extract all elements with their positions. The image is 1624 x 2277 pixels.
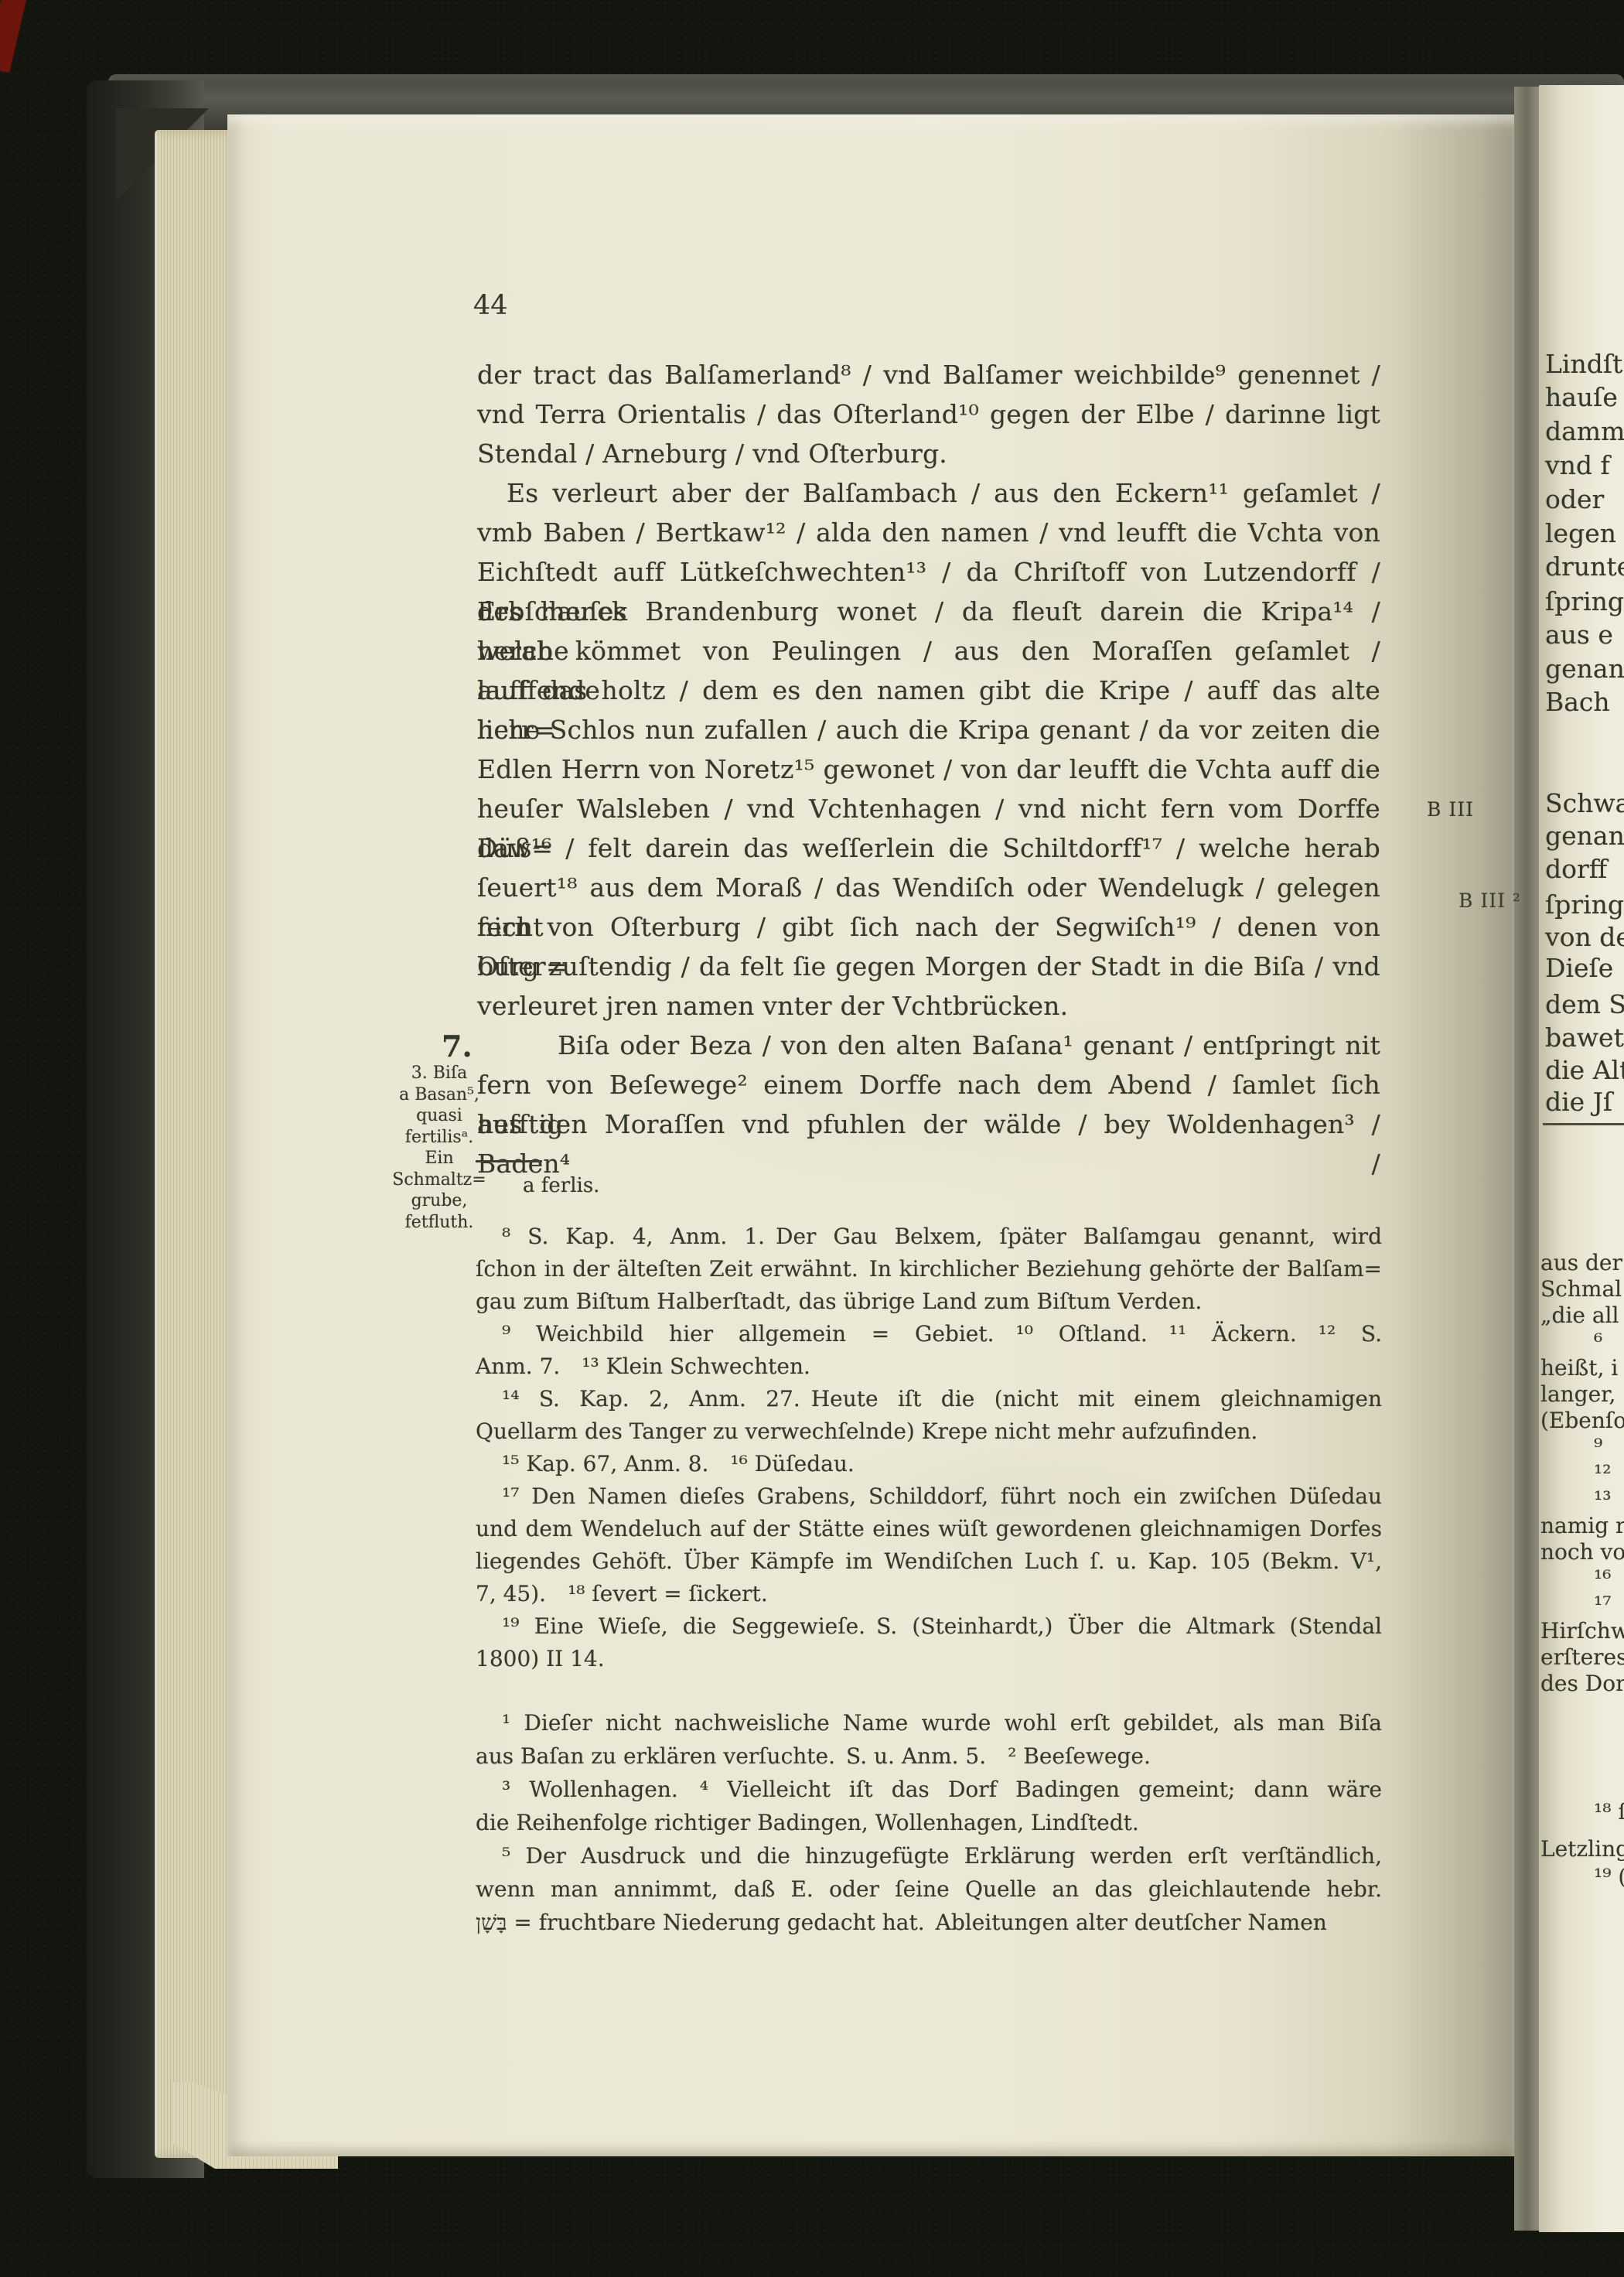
right-page-footnote-fragments-upper: aus derSchmal„die all⁶heißt, ilanger,(Eb… <box>1540 1250 1624 1697</box>
right-page-footnote-line: namig r <box>1540 1513 1624 1539</box>
right-page-text-line: damm <box>1545 416 1624 446</box>
footnote-line: ⁹ Weichbild hier allgemein = Gebiet. ¹⁰ … <box>476 1318 1382 1350</box>
footnote-line: und dem Wendeluch auf der Stätte eines w… <box>476 1513 1382 1545</box>
right-page-text-line: legen <box>1545 518 1616 548</box>
right-page-footnote-line: ⁶ <box>1540 1329 1624 1355</box>
right-page-footnote-line: Hirſchwi <box>1540 1618 1624 1644</box>
footnote-line: ¹ Dieſer nicht nachweisliche Name wurde … <box>476 1706 1382 1739</box>
right-page-footnote-line: „die all <box>1540 1302 1624 1329</box>
footnote-line: ³ Wollenhagen. ⁴ Vielleicht iſt das Dorf… <box>476 1773 1382 1806</box>
footnote-gloss: a ferlis. <box>523 1174 599 1197</box>
footnote-separator-rule <box>476 1160 542 1162</box>
footnote-line: ¹⁴ S. Kap. 2, Anm. 27. Heute iſt die (ni… <box>476 1383 1382 1415</box>
right-page-text-line: ſpringe <box>1545 889 1624 920</box>
right-page-footnote-line: ⁹ <box>1540 1434 1624 1460</box>
main-text-line: ſeuert¹⁸ aus dem Moraß / das Wendiſch od… <box>477 868 1380 907</box>
main-text-line: Eichſtedt auff Lütkeſchwechten¹³ / da Ch… <box>477 552 1380 592</box>
main-text-line: vnd Terra Orientalis / das Oſterland¹⁰ g… <box>477 394 1380 434</box>
right-page-text-line: Dieſe <box>1545 953 1613 983</box>
right-page-footnote-line: erſteres <box>1540 1644 1624 1671</box>
margin-note-line: Ein <box>384 1148 495 1169</box>
section-number: 7. <box>442 1029 473 1063</box>
main-text-line: liche Schlos nun zufallen / auch die Kri… <box>477 710 1380 749</box>
footnote-line: ⁵ Der Ausdruck und die hinzugefügte Erkl… <box>476 1839 1382 1872</box>
sheet-signature-left: B III <box>1427 798 1474 821</box>
main-text-line: vmb Baben / Bertkaw¹² / alda den namen /… <box>477 513 1380 552</box>
margin-side-note: 3. Biſaa Basan⁵,quasifertilisᵃ.EinSchmal… <box>384 1063 495 1233</box>
right-page-text-line: dorff <box>1545 854 1607 884</box>
right-page-text-line: aus e <box>1545 620 1613 650</box>
main-text-line: daw¹⁶ / felt darein das weſſerlein die S… <box>477 828 1380 868</box>
main-text-line: herab kömmet von Peulingen / aus den Mor… <box>477 631 1380 671</box>
footnote-line: בָּשָׁן = fruchtbare Niederung gedacht h… <box>476 1906 1382 1939</box>
right-page-text-line: die Jſ <box>1545 1087 1612 1117</box>
footnote-line: 7, 45). ¹⁸ ſevert = ſickert. <box>476 1578 1382 1610</box>
right-page-footnote-line: aus der <box>1540 1250 1624 1276</box>
right-page-text-line: ſpring <box>1545 586 1624 616</box>
right-page-text-line: genant <box>1545 821 1624 851</box>
right-page-footnote-line: ¹⁷ <box>1540 1592 1624 1618</box>
right-page-footnote-line: ¹³ <box>1540 1487 1624 1513</box>
right-page-footnote-line: ¹⁹ ( <box>1540 1864 1624 1890</box>
right-page-footnote-line: heißt, i <box>1540 1355 1624 1381</box>
footnote-line: liegendes Gehöft. Über Kämpfe im Wendiſc… <box>476 1545 1382 1578</box>
page-number: 44 <box>473 290 508 321</box>
right-page-footnote-line: noch vo <box>1540 1539 1624 1565</box>
right-page-text-line: dem S <box>1545 989 1624 1019</box>
footnote-line: wenn man annimmt, daß E. oder ſeine Quel… <box>476 1872 1382 1906</box>
footnote-line: ¹⁷ Den Namen dieſes Grabens, Schilddorf,… <box>476 1480 1382 1513</box>
right-page-text-line: Lindſt <box>1545 349 1622 379</box>
right-page-footnote-rule <box>1543 1123 1624 1125</box>
footnote-line: ¹⁹ Eine Wieſe, die Seggewieſe. S. (Stein… <box>476 1610 1382 1643</box>
main-text-line: fern von Beſewege² einem Dorffe nach dem… <box>477 1065 1380 1104</box>
right-page-footnote-line: Schmal <box>1540 1276 1624 1302</box>
footnote-line: aus Baſan zu erklären verſuchte. S. u. A… <box>476 1739 1382 1773</box>
main-text-line: der tract das Balſamerland⁸ / vnd Balſam… <box>477 355 1380 394</box>
footnote-line: ⁸ S. Kap. 4, Anm. 1. Der Gau Belxem, ſpä… <box>476 1220 1382 1253</box>
right-page-footnote-line: (Ebenſo <box>1540 1408 1624 1434</box>
book-scan-photo: 44 der tract das Balſamerland⁸ / vnd Bal… <box>0 0 1624 2277</box>
footnote-line: ſchon in der älteſten Zeit erwähnt. In k… <box>476 1253 1382 1285</box>
right-page-footnote-line: ¹⁶ <box>1540 1565 1624 1592</box>
main-text-line: auff das holtz / dem es den namen gibt d… <box>477 671 1380 710</box>
right-page-text-line: vnd f <box>1545 450 1610 480</box>
right-page-text-line: bawet <box>1545 1022 1624 1053</box>
margin-note-line: grube, <box>384 1190 495 1212</box>
right-page-text-line: die Alt <box>1545 1055 1624 1085</box>
right-page-text-line: drunte <box>1545 551 1624 582</box>
footnote-line: gau zum Biſtum Halberſtadt, das übrige L… <box>476 1285 1382 1318</box>
right-page-footnote-line: Letzlinge <box>1540 1836 1624 1862</box>
margin-note-line: a Basan⁵, <box>384 1084 495 1106</box>
main-text-line: Es verleurt aber der Balſambach / aus de… <box>477 473 1380 513</box>
footnote-line: ¹⁵ Kap. 67, Anm. 8. ¹⁶ Düſedau. <box>476 1448 1382 1480</box>
right-page-text-line: oder <box>1545 484 1604 514</box>
right-page-footnote-line: des Dor <box>1540 1671 1624 1697</box>
right-page-footnote-line: ¹⁸ ſ <box>1540 1799 1624 1825</box>
footnote-line: die Reihenfolge richtiger Badingen, Woll… <box>476 1806 1382 1839</box>
footnotes-upper-block: ⁸ S. Kap. 4, Anm. 1. Der Gau Belxem, ſpä… <box>476 1220 1382 1675</box>
main-text-line: des hauſes Brandenburg wonet / da fleuſt… <box>477 592 1380 631</box>
right-page-text-line: Bach <box>1545 687 1610 717</box>
main-text-line: heuſer Walsleben / vnd Vchtenhagen / vnd… <box>477 789 1380 828</box>
margin-note-line: fertilisᵃ. <box>384 1127 495 1149</box>
footnotes-lower-block: ¹ Dieſer nicht nachweisliche Name wurde … <box>476 1706 1382 1939</box>
sheet-signature-right: B III ² <box>1459 889 1521 912</box>
right-page-text-line: genant <box>1545 654 1624 684</box>
main-text-line: Biſa oder Beza / von den alten Baſana¹ g… <box>477 1026 1380 1065</box>
main-text-line: aus den Moraſſen vnd pfuhlen der wälde /… <box>477 1104 1380 1144</box>
main-text-line: fern von Oſterburg / gibt ſich nach der … <box>477 907 1380 947</box>
spine-red-mark <box>0 0 27 73</box>
margin-note-line: 3. Biſa <box>384 1063 495 1084</box>
right-page-footnote-line: langer, <box>1540 1381 1624 1408</box>
right-page-text-line: Schwa <box>1545 788 1624 818</box>
footnote-line: 1800) II 14. <box>476 1643 1382 1675</box>
right-page-text-line: hauſe <box>1545 382 1618 412</box>
margin-note-line: Schmaltz= <box>384 1169 495 1191</box>
right-page-footnote-line: ¹² <box>1540 1460 1624 1487</box>
main-text-line: burg zuſtendig / da felt ſie gegen Morge… <box>477 947 1380 986</box>
main-text-line: Edlen Herrn von Noretz¹⁵ gewonet / von d… <box>477 749 1380 789</box>
footnote-line: Anm. 7. ¹³ Klein Schwechten. <box>476 1350 1382 1383</box>
main-text-block: der tract das Balſamerland⁸ / vnd Balſam… <box>477 355 1380 1144</box>
gutter-shadow <box>1514 87 1542 2231</box>
margin-note-line: quasi <box>384 1105 495 1127</box>
main-text-line: Stendal / Arneburg / vnd Oſterburg. <box>477 434 1380 473</box>
footnote-line: Quellarm des Tanger zu verwechſelnde) Kr… <box>476 1415 1382 1448</box>
right-page-text-line: von de <box>1545 922 1624 952</box>
main-text-line: verleuret jren namen vnter der Vchtbrück… <box>477 986 1380 1026</box>
